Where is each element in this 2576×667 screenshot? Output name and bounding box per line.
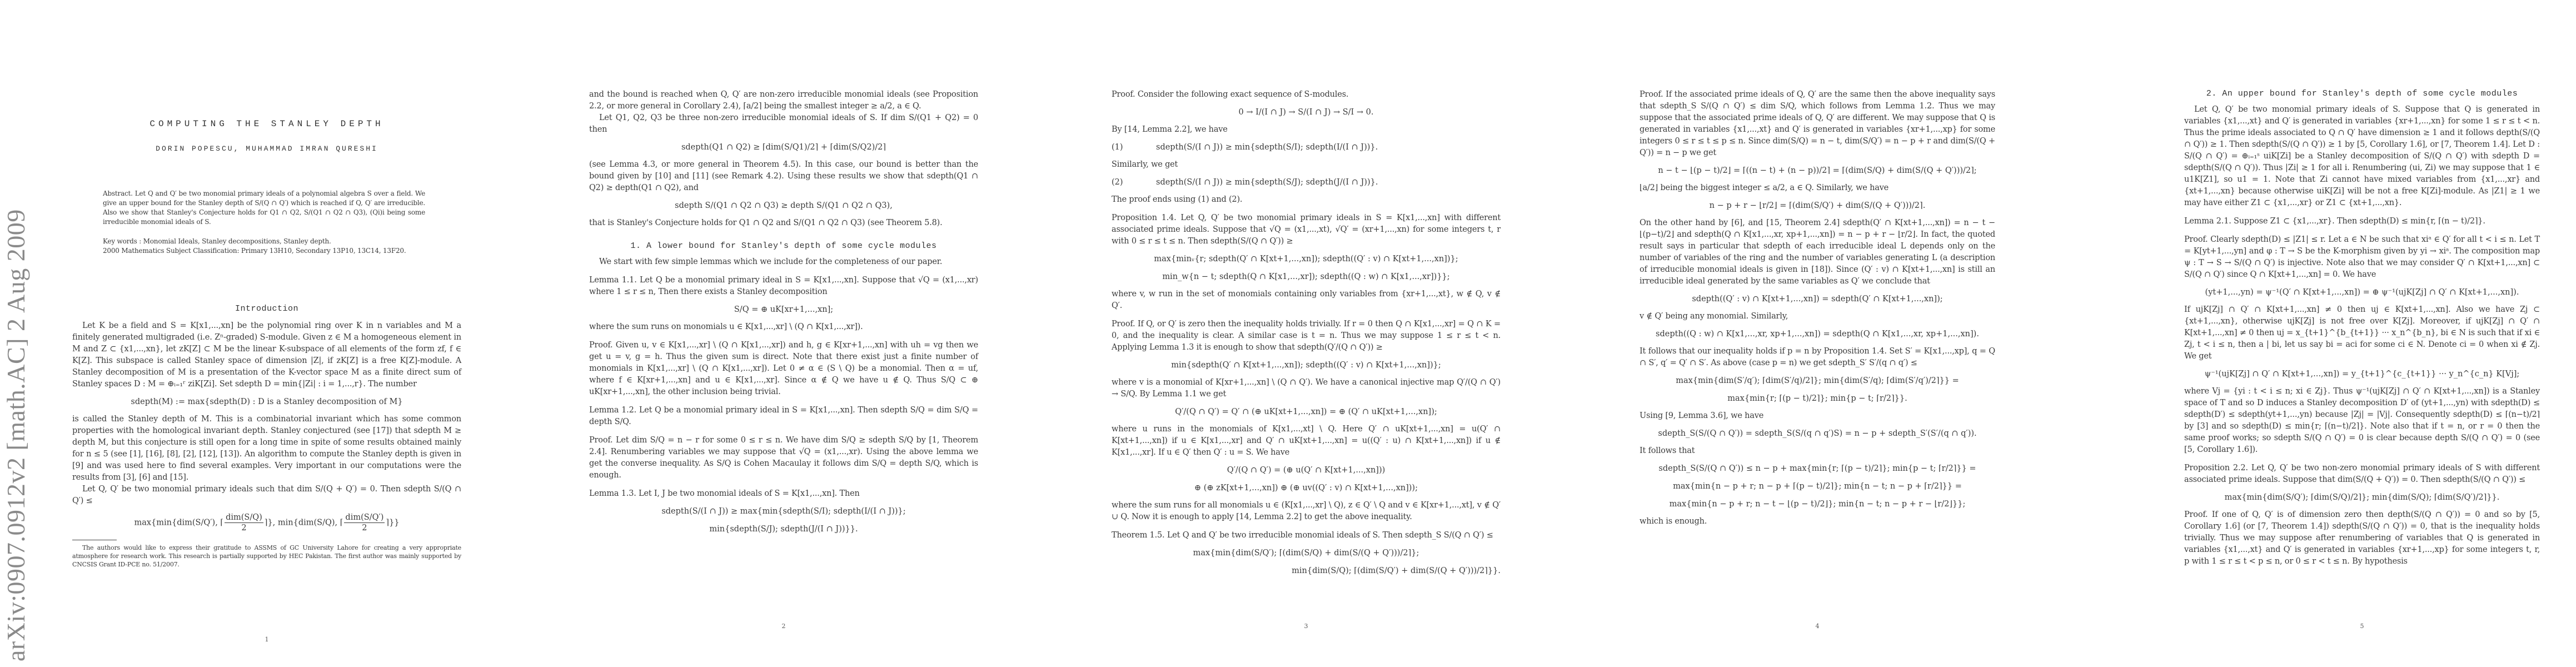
equation: n − t − ⌊(p − t)/2⌋ = ⌈((n − t) + (n − p…	[1640, 165, 1995, 177]
equation: min{sdepth(Q′ ∩ K[xt+1,...,xn]); sdepth(…	[1112, 359, 1501, 371]
equation: sdepth S/(Q1 ∩ Q2 ∩ Q3) ≥ depth S/(Q1 ∩ …	[589, 200, 978, 212]
paragraph: where v, w run in the set of monomials c…	[1112, 288, 1501, 312]
equation: max{min{dim(S/Q′); ⌈dim(S/Q)/2⌉}; min{di…	[2184, 491, 2540, 504]
paragraph: Let Q, Q′ be two monomial primary ideals…	[2184, 104, 2540, 209]
proof-proposition-1-4: Proof. If Q, or Q′ is zero then the ineq…	[1112, 318, 1501, 354]
paragraph: where v is a monomial of K[xr+1,...,xn] …	[1112, 377, 1501, 400]
msc-classification: 2000 Mathematics Subject Classification:…	[103, 246, 425, 256]
equation: sdepth((Q : w) ∩ K[x1,...,xr, xp+1,...,x…	[1640, 328, 1995, 340]
proof-lemma-1-1: Proof. Given u, v ∈ K[x1,...,xr] \ (Q ∩ …	[589, 340, 978, 398]
theorem-1-5: Theorem 1.5. Let Q and Q′ be two irreduc…	[1112, 530, 1501, 541]
paragraph: where u runs in the monomials of K[x1,..…	[1112, 424, 1501, 459]
equation: max{min{n − p + r; n − t − ⌊(p − t)/2⌋};…	[1640, 498, 1995, 510]
page-4: Proof. If the associated prime ideals of…	[1640, 0, 1995, 667]
equation: min{dim(S/Q); ⌈(dim(S/Q′) + dim(S/(Q + Q…	[1112, 565, 1501, 577]
equation-exact-sequence: 0 → I/(I ∩ J) → S/(I ∩ J) → S/I → 0.	[1112, 106, 1501, 118]
paragraph: where the sum runs on monomials u ∈ K[x1…	[589, 321, 978, 333]
equation: (yt+1,...,yn) = ψ⁻¹(Q′ ∩ K[xt+1,...,xn])…	[2184, 286, 2540, 298]
equation: max{min{dim(S/Q′); ⌈(dim(S/Q) + dim(S/(Q…	[1112, 547, 1501, 559]
equation: sdepth_S(S/(Q ∩ Q′)) = sdepth_S(S/(q ∩ q…	[1640, 427, 1995, 440]
equation: sdepth_S(S/(Q ∩ Q′)) ≤ n − p + max{min{r…	[1640, 462, 1995, 475]
paragraph: v ∉ Q′ being any monomial. Similarly,	[1640, 311, 1995, 322]
intro-paragraph-3: Let Q, Q′ be two monomial primary ideals…	[72, 484, 461, 507]
paragraph: that is Stanley's Conjecture holds for Q…	[589, 217, 978, 229]
equation-main-bound: max{min{dim(S/Q′), ⌈dim(S/Q)2⌉}, min{dim…	[72, 512, 461, 533]
equation: max{min{dim(S′/q′); ⌈dim(S′/q)/2⌉}; min{…	[1640, 375, 1995, 387]
page-number: 3	[1112, 623, 1501, 630]
proof-lemma-1-2: Proof. Let dim S/Q = n − r for some 0 ≤ …	[589, 435, 978, 481]
proposition-2-2: Proposition 2.2. Let Q, Q′ be two non-ze…	[2184, 462, 2540, 486]
intro-paragraph-2: is called the Stanley depth of M. This i…	[72, 414, 461, 484]
equation: Q′/(Q ∩ Q′) = (⊕ u(Q′ ∩ K[xt+1,...,xn]))	[1112, 464, 1501, 476]
equation: sdepth((Q′ : v) ∩ K[xt+1,...,xn]) = sdep…	[1640, 293, 1995, 305]
footnote-rule	[72, 540, 117, 540]
section-introduction-heading: Introduction	[72, 304, 461, 313]
keywords: Key words : Monomial Ideals, Stanley dec…	[103, 237, 425, 246]
paragraph: By [14, Lemma 2.2], we have	[1112, 124, 1501, 136]
introduction-body: Let K be a field and S = K[x1,...,xn] be…	[72, 320, 461, 569]
page-number: 4	[1640, 623, 1995, 630]
equation: max{min{r; ⌈(p − t)/2⌉}; min{p − t; ⌈r/2…	[1640, 392, 1995, 405]
paragraph: which is enough.	[1640, 516, 1995, 527]
page-number: 5	[2184, 623, 2540, 630]
paragraph: We start with few simple lemmas which we…	[589, 256, 978, 268]
equation: Q′/(Q ∩ Q′) = Q′ ∩ (⊕ uK[xt+1,...,xn]) =…	[1112, 406, 1501, 418]
equation-sdepth-definition: sdepth(M) := max{sdepth(D) : D is a Stan…	[72, 396, 461, 408]
paragraph: and the bound is reached when Q, Q′ are …	[589, 89, 978, 112]
proposition-1-4: Proposition 1.4. Let Q, Q′ be two monomi…	[1112, 212, 1501, 247]
equation-1: (1)sdepth(S/(I ∩ J)) ≥ min{sdepth(S/I); …	[1112, 141, 1501, 153]
paper-authors: DORIN POPESCU, MUHAMMAD IMRAN QURESHI	[72, 145, 461, 153]
equation: ⊕ (⊕ zK[xt+1,...,xn]) ⊕ (⊕ uv((Q′ : v) ∩…	[1112, 482, 1501, 494]
paragraph: It follows that	[1640, 445, 1995, 457]
page-2: and the bound is reached when Q, Q′ are …	[589, 0, 978, 667]
page-1: COMPUTING THE STANLEY DEPTH DORIN POPESC…	[72, 0, 461, 667]
section-2-heading: 2. An upper bound for Stanley's depth of…	[2184, 89, 2540, 98]
lemma-1-2: Lemma 1.2. Let Q be a monomial primary i…	[589, 405, 978, 428]
proof-lemma-1-3: Proof. Consider the following exact sequ…	[1112, 89, 1501, 101]
paper-title: COMPUTING THE STANLEY DEPTH	[72, 119, 461, 129]
abstract: Abstract. Let Q and Q′ be two monomial p…	[103, 189, 425, 227]
page-number: 2	[589, 623, 978, 630]
equation: max{min{n − p + r; n − p + ⌈(p − t)/2⌉};…	[1640, 480, 1995, 492]
equation: n − p + r − ⌊r/2⌋ = ⌈(dim(S/Q′) + dim(S/…	[1640, 200, 1995, 212]
equation: S/Q = ⊕ uK[xr+1,...,xn];	[589, 303, 978, 316]
paragraph: Let Q1, Q2, Q3 be three non-zero irreduc…	[589, 112, 978, 136]
arxiv-identifier-stamp: arXiv:0907.0912v2 [math.AC] 2 Aug 2009	[1, 209, 31, 661]
paragraph: ⌊a/2⌋ being the biggest integer ≤ a/2, a…	[1640, 182, 1995, 194]
paragraph: If ujK[Zj] ∩ Q′ ∩ K[xt+1,...,xn] ≠ 0 the…	[2184, 304, 2540, 362]
paragraph: Using [9, Lemma 3.6], we have	[1640, 410, 1995, 422]
paragraph: Similarly, we get	[1112, 159, 1501, 171]
abstract-block: Abstract. Let Q and Q′ be two monomial p…	[103, 189, 425, 256]
intro-paragraph-1: Let K be a field and S = K[x1,...,xn] be…	[72, 320, 461, 390]
paragraph: It follows that our inequality holds if …	[1640, 346, 1995, 369]
paragraph: where the sum runs for all monomials u ∈…	[1112, 500, 1501, 523]
equation: ψ⁻¹(ujK[Zj] ∩ Q′ ∩ K[xt+1,...,xn]) = y_{…	[2184, 368, 2540, 380]
proof-lemma-2-1: Proof. Clearly sdepth(D) ≤ |Z1| ≤ r. Let…	[2184, 234, 2540, 281]
proof-theorem-1-5: Proof. If the associated prime ideals of…	[1640, 89, 1995, 159]
page-number: 1	[72, 636, 461, 643]
equation: min_w{n − t; sdepth(Q ∩ K[x1,...,xr]); s…	[1112, 271, 1501, 283]
paragraph: On the other hand by [6], and [15, Theor…	[1640, 217, 1995, 287]
paragraph: The proof ends using (1) and (2).	[1112, 194, 1501, 206]
equation: sdepth(S/(I ∩ J)) ≥ max{min{sdepth(S/I);…	[589, 505, 978, 517]
page-3: Proof. Consider the following exact sequ…	[1112, 0, 1501, 667]
paragraph: (see Lemma 4.3, or more general in Theor…	[589, 159, 978, 194]
equation: min{sdepth(S/J); sdepth(J/(I ∩ J))}}.	[589, 523, 978, 535]
footnote-acknowledgement: The authors would like to express their …	[72, 544, 461, 569]
lemma-1-3: Lemma 1.3. Let I, J be two monomial idea…	[589, 488, 978, 500]
proof-proposition-2-2: Proof. If one of Q, Q′ is of dimension z…	[2184, 509, 2540, 568]
lemma-2-1: Lemma 2.1. Suppose Z1 ⊂ {x1,...,xr}. The…	[2184, 216, 2540, 227]
lemma-1-1: Lemma 1.1. Let Q be a monomial primary i…	[589, 275, 978, 298]
section-1-heading: 1. A lower bound for Stanley's depth of …	[589, 241, 978, 251]
equation-2: (2)sdepth(S/(I ∩ J)) ≥ min{sdepth(S/J); …	[1112, 176, 1501, 188]
page-5: 2. An upper bound for Stanley's depth of…	[2184, 0, 2540, 667]
paragraph: where Vj = {yi : t < i ≤ n; xi ∈ Zj}. Th…	[2184, 386, 2540, 456]
equation: sdepth(Q1 ∩ Q2) ≥ ⌈dim(S/Q1)/2⌉ + ⌈dim(S…	[589, 141, 978, 153]
equation: max{minᵥ{r; sdepth(Q′ ∩ K[xt+1,...,xn]);…	[1112, 253, 1501, 265]
